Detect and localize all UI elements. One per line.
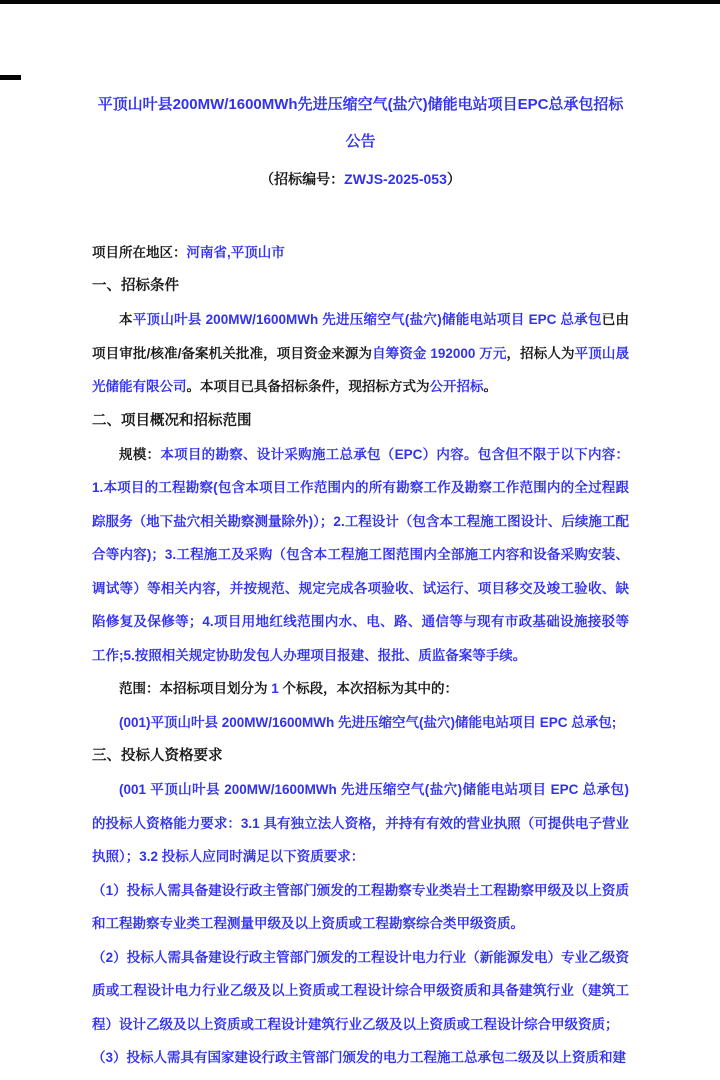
project-location-line: 项目所在地区：河南省,平顶山市: [92, 236, 629, 269]
document-content: 平顶山叶县200MW/1600MWh先进压缩空气(盐穴)储能电站项目EPC总承包…: [92, 86, 629, 1075]
tender-number: （招标编号：ZWJS-2025-053）: [92, 166, 629, 192]
section-heading-bidder-qualifications: 三、投标人资格要求: [92, 739, 629, 773]
tender-range-paragraph: 范围：本招标项目划分为 1 个标段，本次招标为其中的：: [92, 672, 629, 706]
page-title: 平顶山叶县200MW/1600MWh先进压缩空气(盐穴)储能电站项目EPC总承包…: [92, 86, 629, 160]
tender-conditions-paragraph: 本平顶山叶县 200MW/1600MWh 先进压缩空气(盐穴)储能电站项目 EP…: [92, 303, 629, 404]
lot-001-paragraph: (001)平顶山叶县 200MW/1600MWh 先进压缩空气(盐穴)储能电站项…: [92, 706, 629, 740]
qualification-item-1: （1）投标人需具备建设行政主管部门颁发的工程勘察专业类岩土工程勘察甲级及以上资质…: [92, 874, 629, 941]
qualification-item-3: （3）投标人需具有国家建设行政主管部门颁发的电力工程施工总承包二级及以上资质和建: [92, 1041, 629, 1075]
section-heading-tender-conditions: 一、招标条件: [92, 269, 629, 303]
scan-top-edge: [0, 0, 720, 4]
qualification-item-2: （2）投标人需具备建设行政主管部门颁发的工程设计电力行业（新能源发电）专业乙级资…: [92, 941, 629, 1042]
section-heading-project-overview: 二、项目概况和招标范围: [92, 404, 629, 438]
scan-left-edge-mark: [0, 75, 21, 80]
project-scale-paragraph: 规模：本项目的勘察、设计采购施工总承包（EPC）内容。包含但不限于以下内容：1.…: [92, 438, 629, 673]
qualification-requirements-paragraph: (001 平顶山叶县 200MW/1600MWh 先进压缩空气(盐穴)储能电站项…: [92, 773, 629, 874]
document-page: 平顶山叶县200MW/1600MWh先进压缩空气(盐穴)储能电站项目EPC总承包…: [0, 0, 720, 1080]
